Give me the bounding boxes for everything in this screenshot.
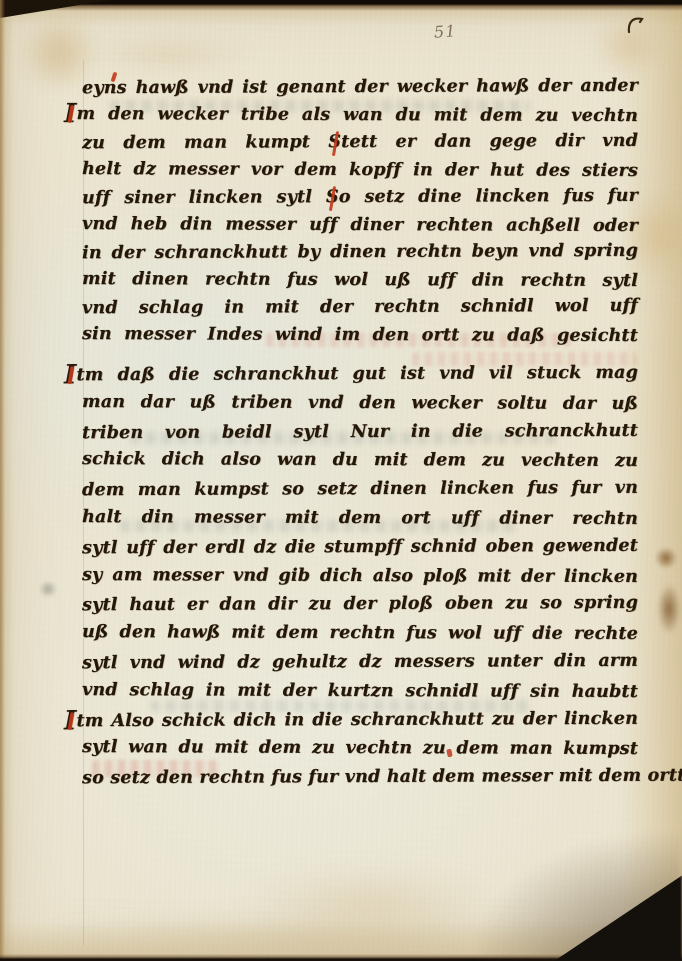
text-block-1: eyns hawß vnd ist genant der wecker hawß… (82, 74, 638, 349)
line-text: helt dz messer vor dem kopff in der hut … (82, 159, 638, 181)
manuscript-line: vnd heb din messer uff diner rechten ach… (82, 211, 638, 240)
folio-number: 51 (433, 21, 457, 42)
manuscript-line: Im den wecker tribe als wan du mit dem z… (64, 100, 638, 130)
line-text: sy am messer vnd gib dich also ploß mit … (82, 565, 638, 587)
rubricated-letter: S (326, 184, 339, 212)
manuscript-line: halt din messer mit dem ort uff diner re… (82, 503, 638, 534)
manuscript-line: dem man kumpst so setz dinen lincken fus… (82, 474, 638, 505)
line-text: vnd heb din messer uff diner rechten ach… (82, 214, 638, 236)
rubricated-letter: I (64, 365, 77, 385)
line-text: zu dem man kumpt (82, 132, 328, 153)
line-text: so setz den rechtn fus fur vnd halt dem … (82, 766, 682, 789)
manuscript-line: mit dinen rechtn fus wol uß uff din rech… (82, 266, 638, 295)
line-text: sytl haut er dan dir zu der ploß oben zu… (82, 593, 638, 615)
rubricated-letter: I (64, 103, 77, 123)
line-text: halt din messer mit dem ort uff diner re… (82, 507, 638, 529)
line-text: tm Also schick dich in die schranckhutt … (76, 708, 638, 730)
line-text: vnd schlag in mit der rechtn schnidl wol… (82, 296, 638, 318)
line-text: sytl uff der erdl dz die stumpff schnid … (82, 536, 638, 558)
line-text: dem man kumpst so setz dinen lincken fus… (82, 478, 638, 500)
book-edge-top (0, 0, 682, 12)
line-text: tm daß die schranckhut gut ist vnd vil s… (76, 363, 638, 385)
manuscript-line: sytl vnd wind dz gehultz dz messers unte… (82, 647, 638, 678)
manuscript-line: triben von beidl sytl Nur in die schranc… (82, 416, 638, 447)
line-text: vnd schlag in mit der kurtzn schnidl uff… (82, 680, 638, 702)
rubricated-letter: S (328, 129, 341, 157)
manuscript-photo: 51 eyns hawß vnd ist genant der wecker h… (0, 0, 682, 961)
manuscript-line: sin messer Indes wind im den ortt zu daß… (82, 321, 638, 350)
manuscript-line: helt dz messer vor dem kopff in der hut … (82, 156, 638, 185)
line-text: eyns hawß vnd ist genant der wecker hawß… (82, 76, 638, 98)
manuscript-line: zu dem man kumpt Stett er dan gege dir v… (82, 128, 638, 158)
line-text: tett er dan gege dir vnd (341, 131, 638, 152)
manuscript-line: man dar uß triben vnd den wecker soltu d… (82, 388, 638, 419)
line-text: triben von beidl sytl Nur in die schranc… (82, 420, 638, 442)
line-text: uff siner lincken sytl (82, 187, 326, 208)
line-text: mit dinen rechtn fus wol uß uff din rech… (82, 269, 638, 291)
manuscript-line: vnd schlag in mit der kurtzn schnidl uff… (82, 676, 638, 707)
book-edge-left (0, 0, 5, 961)
line-text: man dar uß triben vnd den wecker soltu d… (82, 392, 638, 414)
manuscript-line: so setz den rechtn fus fur vnd halt dem … (82, 762, 638, 793)
manuscript-line: in der schranckhutt by dinen rechtn beyn… (82, 238, 638, 268)
line-text: sytl wan du mit dem zu vechtn zu dem man… (82, 737, 638, 759)
line-text: o setz dine lincken fus fur (339, 186, 638, 207)
manuscript-line: uß den hawß mit dem rechtn fus wol uff d… (82, 618, 638, 649)
pen-flourish-icon (625, 14, 647, 38)
manuscript-line: sytl haut er dan dir zu der ploß oben zu… (82, 589, 638, 620)
rubricated-letter: I (64, 711, 77, 731)
manuscript-line: schick dich also wan du mit dem zu vecht… (82, 445, 638, 476)
manuscript-line: Itm Also schick dich in die schranckhutt… (64, 704, 638, 735)
manuscript-line: sy am messer vnd gib dich also ploß mit … (82, 561, 638, 592)
line-text: m den wecker tribe als wan du mit dem zu… (76, 104, 638, 126)
line-text: in der schranckhutt by dinen rechtn beyn… (82, 241, 638, 263)
line-text: schick dich also wan du mit dem zu vecht… (82, 449, 638, 471)
text-block-2: Itm daß die schranckhut gut ist vnd vil … (82, 360, 638, 792)
manuscript-line: Itm daß die schranckhut gut ist vnd vil … (64, 359, 638, 390)
manuscript-line: eyns hawß vnd ist genant der wecker hawß… (82, 73, 638, 103)
line-text: sytl vnd wind dz gehultz dz messers unte… (82, 651, 638, 673)
manuscript-line: vnd schlag in mit der rechtn schnidl wol… (82, 293, 638, 323)
manuscript-line: uff siner lincken sytl So setz dine linc… (82, 183, 638, 213)
manuscript-line: sytl uff der erdl dz die stumpff schnid … (82, 532, 638, 563)
manuscript-line: sytl wan du mit dem zu vechtn zu dem man… (82, 733, 638, 764)
line-text: uß den hawß mit dem rechtn fus wol uff d… (82, 622, 638, 644)
line-text: sin messer Indes wind im den ortt zu daß… (82, 324, 638, 346)
